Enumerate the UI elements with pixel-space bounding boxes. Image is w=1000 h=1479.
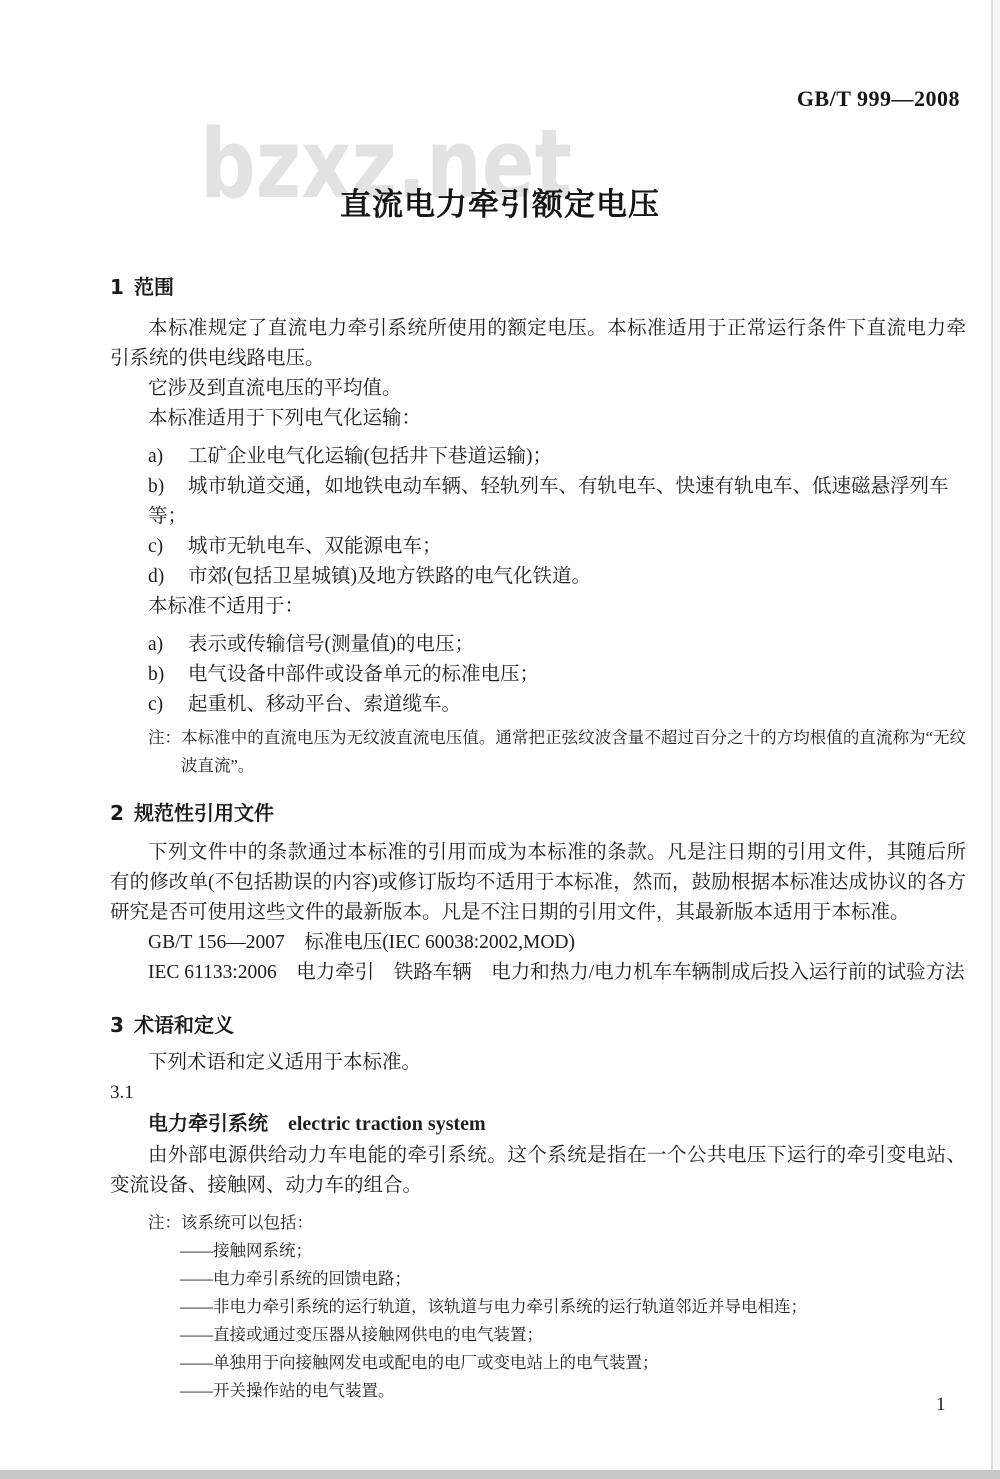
scope-paragraph-2: 它涉及到直流电压的平均值。	[110, 374, 966, 404]
note-dash-item: ——开关操作站的电气装置。	[180, 1377, 966, 1405]
note-dash-item: ——单独用于向接触网发电或配电的电厂或变电站上的电气装置；	[180, 1349, 966, 1377]
list-item-label: c)	[148, 532, 188, 562]
list-item: a)工矿企业电气化运输(包括井下巷道运输)；	[148, 442, 966, 472]
terms-intro-paragraph: 下列术语和定义适用于本标准。	[110, 1048, 966, 1078]
list-item-text: 市郊(包括卫星城镇)及地方铁路的电气化铁道。	[188, 566, 591, 587]
normative-references-paragraph: 下列文件中的条款通过本标准的引用而成为本标准的条款。凡是注日期的引用文件，其随后…	[110, 838, 966, 928]
list-item: b)电气设备中部件或设备单元的标准电压；	[148, 660, 966, 690]
list-item-label: b)	[148, 472, 188, 502]
list-item: c)起重机、移动平台、索道缆车。	[148, 690, 966, 720]
document-title: 直流电力牵引额定电压	[0, 188, 1000, 222]
term-definition-paragraph: 由外部电源供给动力车电能的牵引系统。这个系统是指在一个公共电压下运行的牵引变电站…	[110, 1141, 966, 1201]
list-item-text: 电气设备中部件或设备单元的标准电压；	[188, 664, 539, 685]
clause-number: 3.1	[110, 1078, 966, 1108]
section-1-number: 1	[110, 272, 134, 302]
term-english: electric traction system	[288, 1113, 486, 1135]
section-3-heading: 3术语和定义	[110, 1010, 966, 1040]
section-2-number: 2	[110, 798, 134, 828]
scan-edge-bottom	[0, 1470, 1000, 1479]
section-3-title: 术语和定义	[134, 1013, 234, 1037]
list-item-text: 表示或传输信号(测量值)的电压；	[188, 634, 474, 655]
list-item-label: a)	[148, 442, 188, 472]
list-item: d)市郊(包括卫星城镇)及地方铁路的电气化铁道。	[148, 562, 966, 592]
reference-entry: GB/T 156—2007 标准电压(IEC 60038:2002,MOD)	[110, 928, 966, 958]
standard-number: GB/T 999—2008	[797, 86, 960, 112]
list-item: c)城市无轨电车、双能源电车；	[148, 532, 966, 562]
list-item-text: 工矿企业电气化运输(包括井下巷道运输)；	[188, 446, 552, 467]
list-item-label: c)	[148, 690, 188, 720]
document-body: 1范围 本标准规定了直流电力牵引系统所使用的额定电压。本标准适用于正常运行条件下…	[110, 272, 966, 1405]
list-item-label: d)	[148, 562, 188, 592]
term-chinese: 电力牵引系统	[148, 1111, 268, 1135]
scope-paragraph-1: 本标准规定了直流电力牵引系统所使用的额定电压。本标准适用于正常运行条件下直流电力…	[110, 314, 966, 374]
document-page: GB/T 999—2008 bzxz.net 直流电力牵引额定电压 1范围 本标…	[0, 0, 1000, 1479]
list-item-label: b)	[148, 660, 188, 690]
note-dash-item: ——直接或通过变压器从接触网供电的电气装置；	[180, 1321, 966, 1349]
list-item-text: 城市无轨电车、双能源电车；	[188, 536, 442, 557]
list-item-label: a)	[148, 630, 188, 660]
list-item: b)城市轨道交通，如地铁电动车辆、轻轨列车、有轨电车、快速有轨电车、低速磁悬浮列…	[148, 472, 966, 532]
section-3-number: 3	[110, 1010, 134, 1040]
scope-paragraph-4: 本标准不适用于：	[110, 592, 966, 622]
section-2-heading: 2规范性引用文件	[110, 798, 966, 828]
section-1-heading: 1范围	[110, 272, 966, 302]
list-item-text: 起重机、移动平台、索道缆车。	[188, 694, 461, 715]
note-dash-item: ——接触网系统；	[180, 1237, 966, 1265]
list-item: a)表示或传输信号(测量值)的电压；	[148, 630, 966, 660]
note-dash-item: ——非电力牵引系统的运行轨道，该轨道与电力牵引系统的运行轨道邻近并导电相连；	[180, 1293, 966, 1321]
section-2-title: 规范性引用文件	[134, 801, 274, 825]
term-definition-heading: 电力牵引系统electric traction system	[148, 1108, 966, 1141]
list-item-text: 城市轨道交通，如地铁电动车辆、轻轨列车、有轨电车、快速有轨电车、低速磁悬浮列车等…	[148, 476, 949, 527]
scope-paragraph-3: 本标准适用于下列电气化运输：	[110, 404, 966, 434]
section-1-note: 注：本标准中的直流电压为无纹波直流电压值。通常把正弦纹波含量不超过百分之十的方均…	[148, 724, 966, 780]
reference-entry: IEC 61133:2006 电力牵引 铁路车辆 电力和热力/电力机车车辆制成后…	[110, 958, 966, 988]
section-3-note-intro: 注：该系统可以包括：	[148, 1209, 966, 1237]
section-1-title: 范围	[134, 275, 174, 299]
note-dash-item: ——电力牵引系统的回馈电路；	[180, 1265, 966, 1293]
